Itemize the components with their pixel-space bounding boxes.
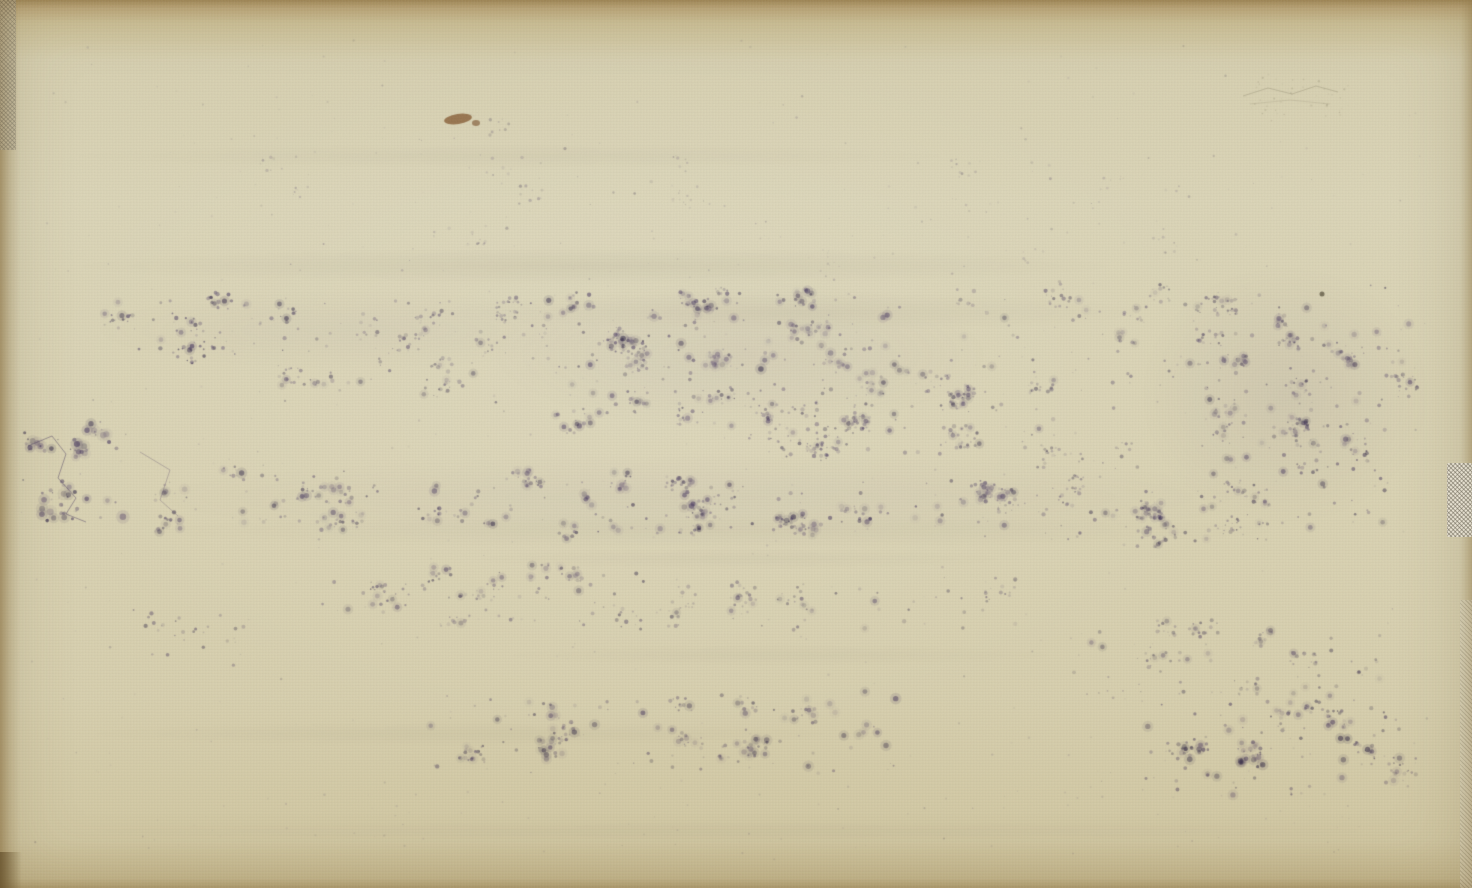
scanned-document-page: [0, 0, 1472, 888]
right-edge-fabric-strip: [1460, 600, 1472, 888]
bottom-left-corner-shadow: [0, 852, 22, 888]
ink-bleedthrough-layer: [0, 0, 1472, 888]
right-edge-fabric-patch: [1447, 463, 1472, 537]
top-left-binding-texture: [0, 0, 16, 150]
